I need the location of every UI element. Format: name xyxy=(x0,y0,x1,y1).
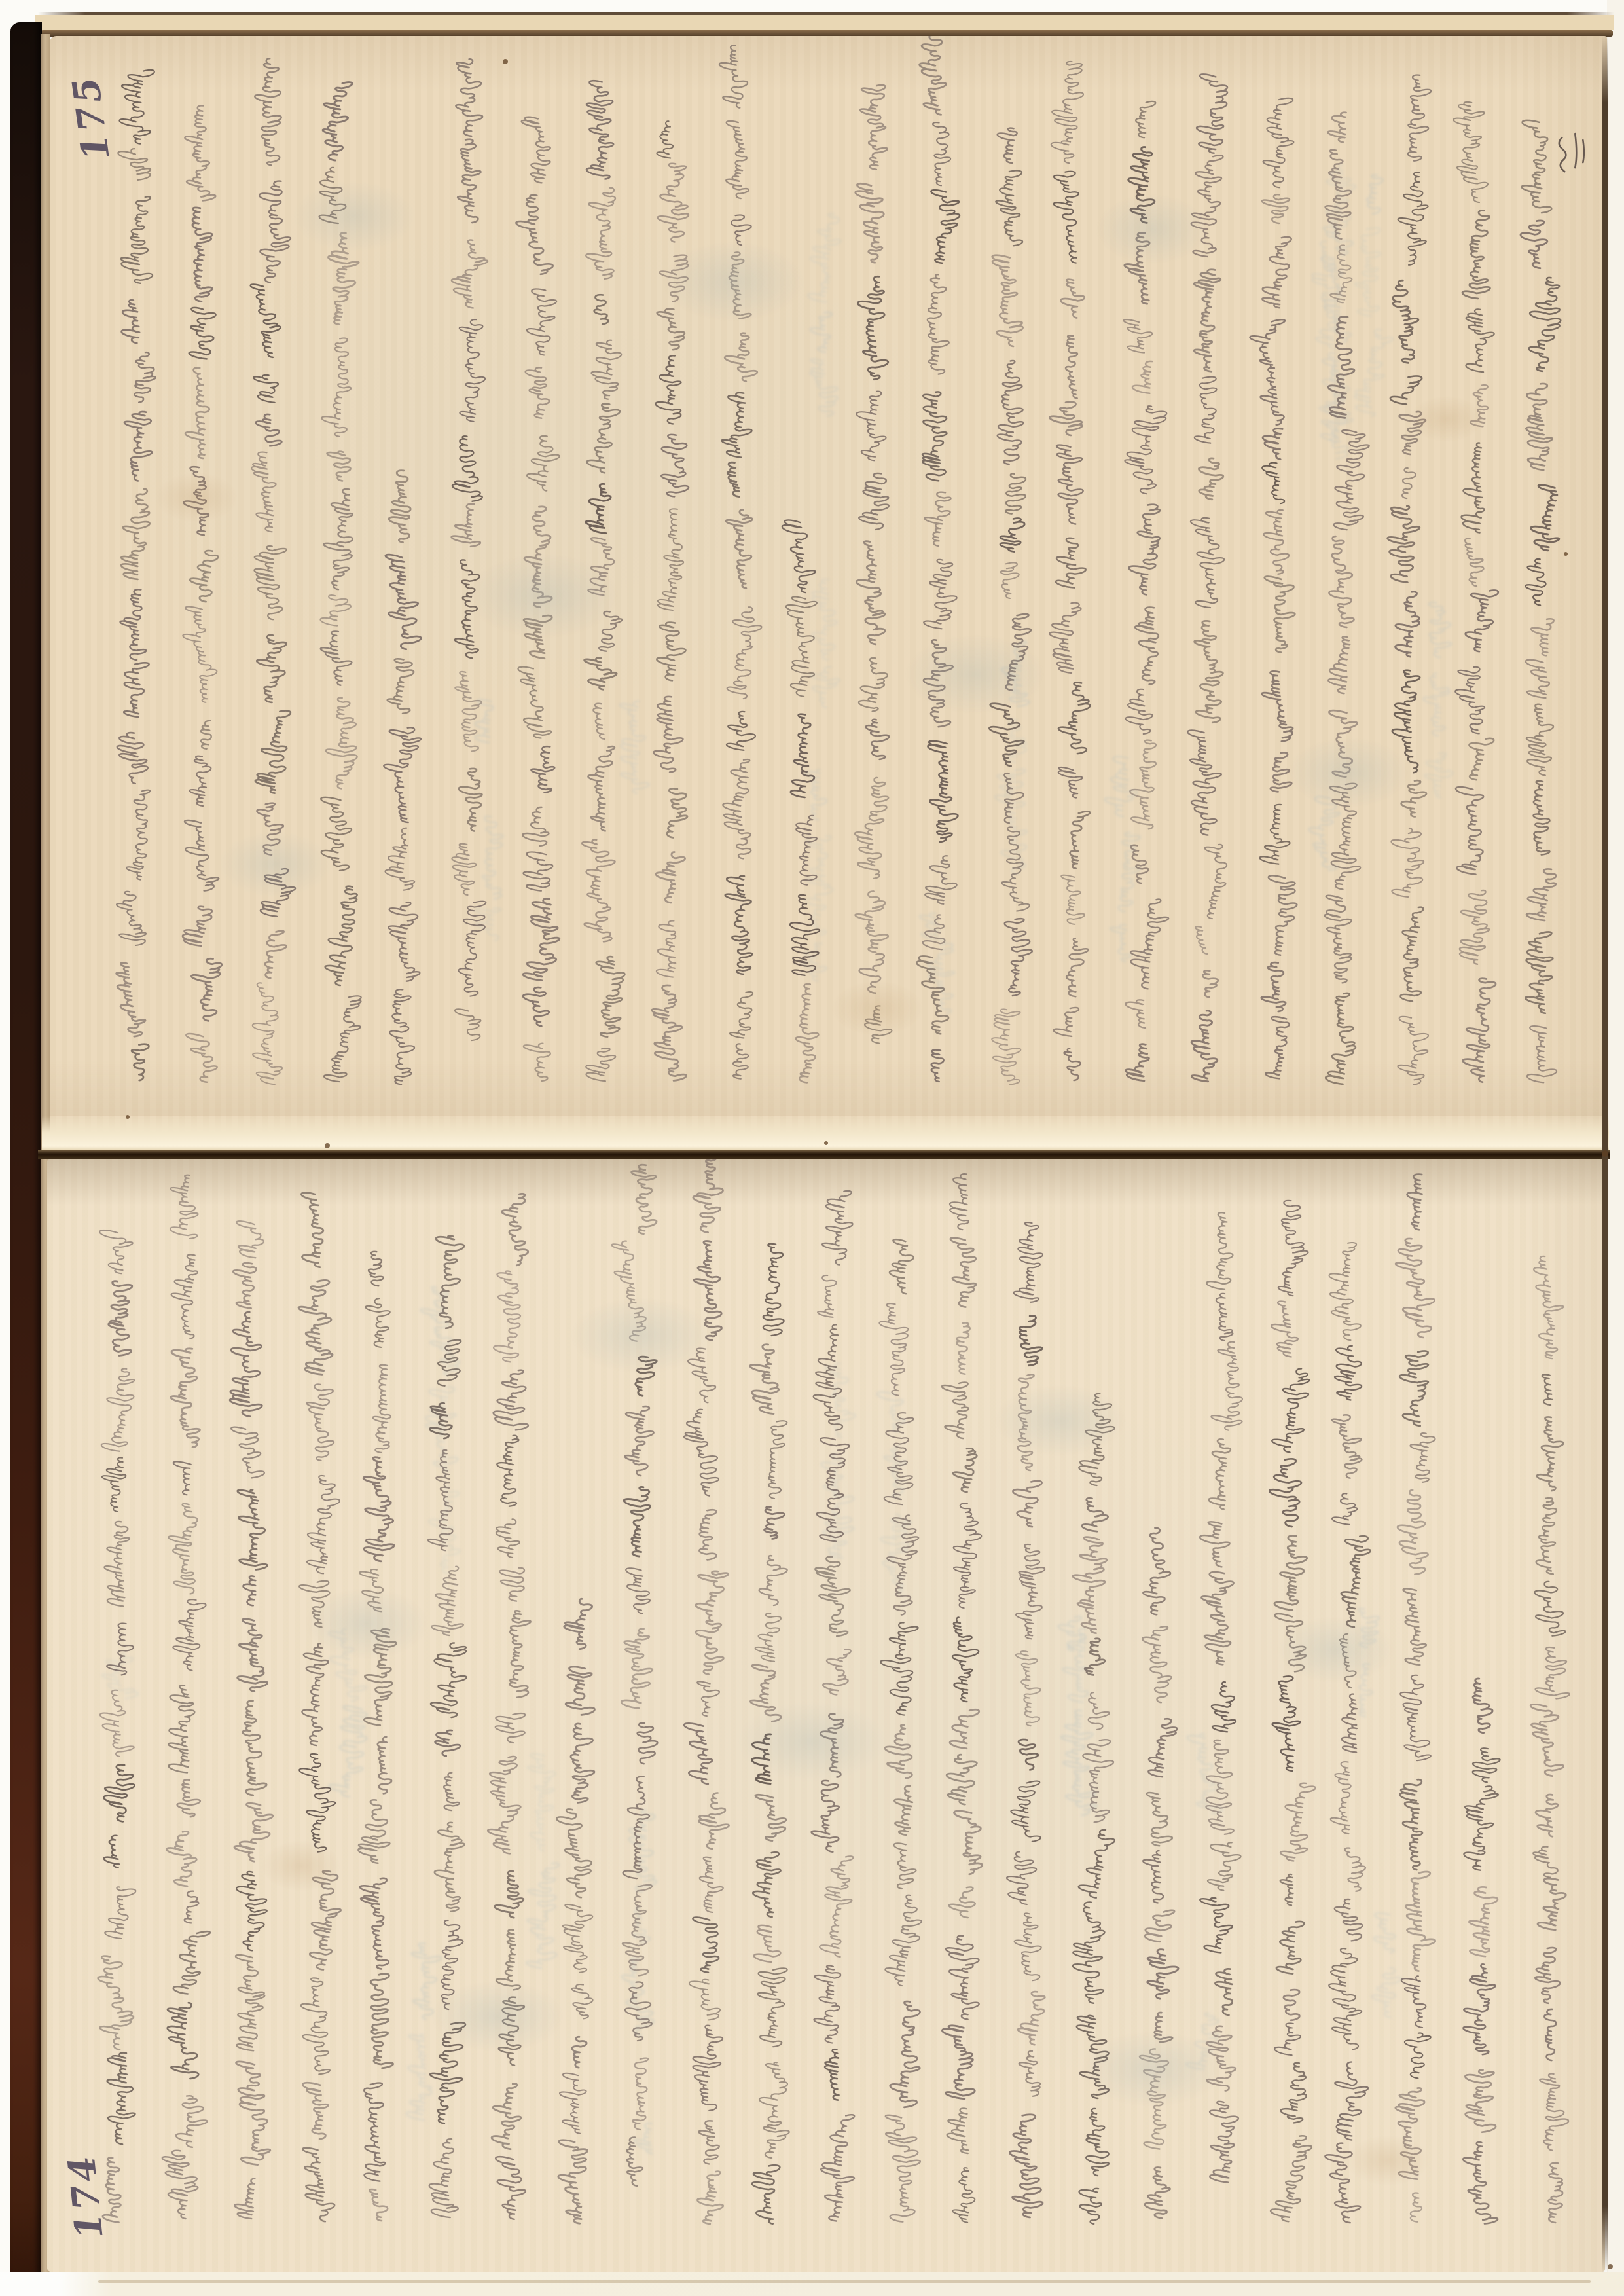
handwriting-line xyxy=(1049,62,1090,1080)
handwriting-line xyxy=(319,82,361,1082)
handwriting-line xyxy=(183,105,222,1082)
handwriting-line xyxy=(1521,120,1561,1083)
handwriting-line xyxy=(750,1244,789,2224)
handwriting-line xyxy=(1325,1243,1370,2223)
handwriting-line xyxy=(1200,1212,1242,2182)
handwriting-line xyxy=(1388,75,1432,1085)
handwriting-line xyxy=(684,1159,729,2224)
handwriting-line xyxy=(1123,101,1168,1081)
handwriting-line xyxy=(989,128,1032,1085)
page-175-rotated-content: 175 xyxy=(50,36,1607,1150)
handwriting-line xyxy=(879,1239,921,2222)
book-cover-spine-edge xyxy=(10,22,42,2289)
handwriting-line xyxy=(582,81,624,1081)
paper-speck xyxy=(1602,1150,1608,1157)
handwriting-line xyxy=(516,117,559,1081)
handwriting-line xyxy=(384,471,421,1085)
handwriting-line xyxy=(812,1191,855,2221)
handwriting-line xyxy=(162,1175,210,2219)
scanned-book-spread: 175 174 xyxy=(0,0,1624,2296)
handwriting-page-175 xyxy=(50,36,1607,1150)
handwriting-line xyxy=(230,1221,273,2219)
page-175: 175 xyxy=(50,36,1607,1150)
handwriting-line xyxy=(652,121,689,1080)
handwriting-line xyxy=(916,36,960,1082)
paper-speck xyxy=(503,59,508,64)
handwriting-page-174 xyxy=(47,1159,1604,2272)
page-number-174: 174 xyxy=(60,2151,111,2241)
handwriting-line xyxy=(942,1174,983,2222)
handwriting-line xyxy=(452,59,488,1040)
handwriting-line xyxy=(1463,1679,1500,2224)
handwriting-line xyxy=(1140,1528,1178,2218)
paper-speck xyxy=(325,1143,330,1148)
binding-fold-line xyxy=(38,1150,1610,1159)
end-flourish xyxy=(1559,134,1584,172)
handwriting-line xyxy=(1250,98,1297,1079)
bottom-page-edge-line xyxy=(98,2280,1591,2283)
page-block-bottom-edge xyxy=(0,2272,1624,2296)
handwriting-line xyxy=(1073,1394,1115,2224)
fore-edge-pages-right xyxy=(1607,0,1624,2296)
handwriting-line xyxy=(855,85,892,1043)
handwriting-line xyxy=(1187,74,1227,1081)
handwriting-line xyxy=(428,1236,467,2217)
page-174: 174 xyxy=(47,1159,1605,2272)
handwriting-line xyxy=(1396,1175,1435,2222)
handwriting-line xyxy=(1530,1256,1570,2223)
page-block-top-edge xyxy=(35,15,1614,30)
handwriting-line xyxy=(488,1194,530,2219)
handwriting-line xyxy=(556,1599,594,2223)
paper-speck xyxy=(126,1115,130,1119)
page-174-rotated-content: 174 xyxy=(47,1159,1604,2272)
paper-speck xyxy=(1608,2264,1613,2269)
handwriting-line xyxy=(251,58,296,1084)
handwriting-line xyxy=(1007,1222,1045,2217)
handwriting-line xyxy=(117,70,156,1080)
handwriting-line xyxy=(98,1230,136,2223)
handwriting-line xyxy=(612,1165,658,2186)
fold-upper-shadow xyxy=(50,1061,1607,1116)
handwriting-line xyxy=(719,45,762,1079)
handwriting-line xyxy=(298,1193,341,2222)
paper-speck xyxy=(824,1141,828,1145)
handwriting-line xyxy=(782,520,820,1082)
paper-speck xyxy=(1564,552,1568,556)
handwriting-line xyxy=(1453,102,1498,1082)
handwriting-line xyxy=(1269,1201,1315,2221)
